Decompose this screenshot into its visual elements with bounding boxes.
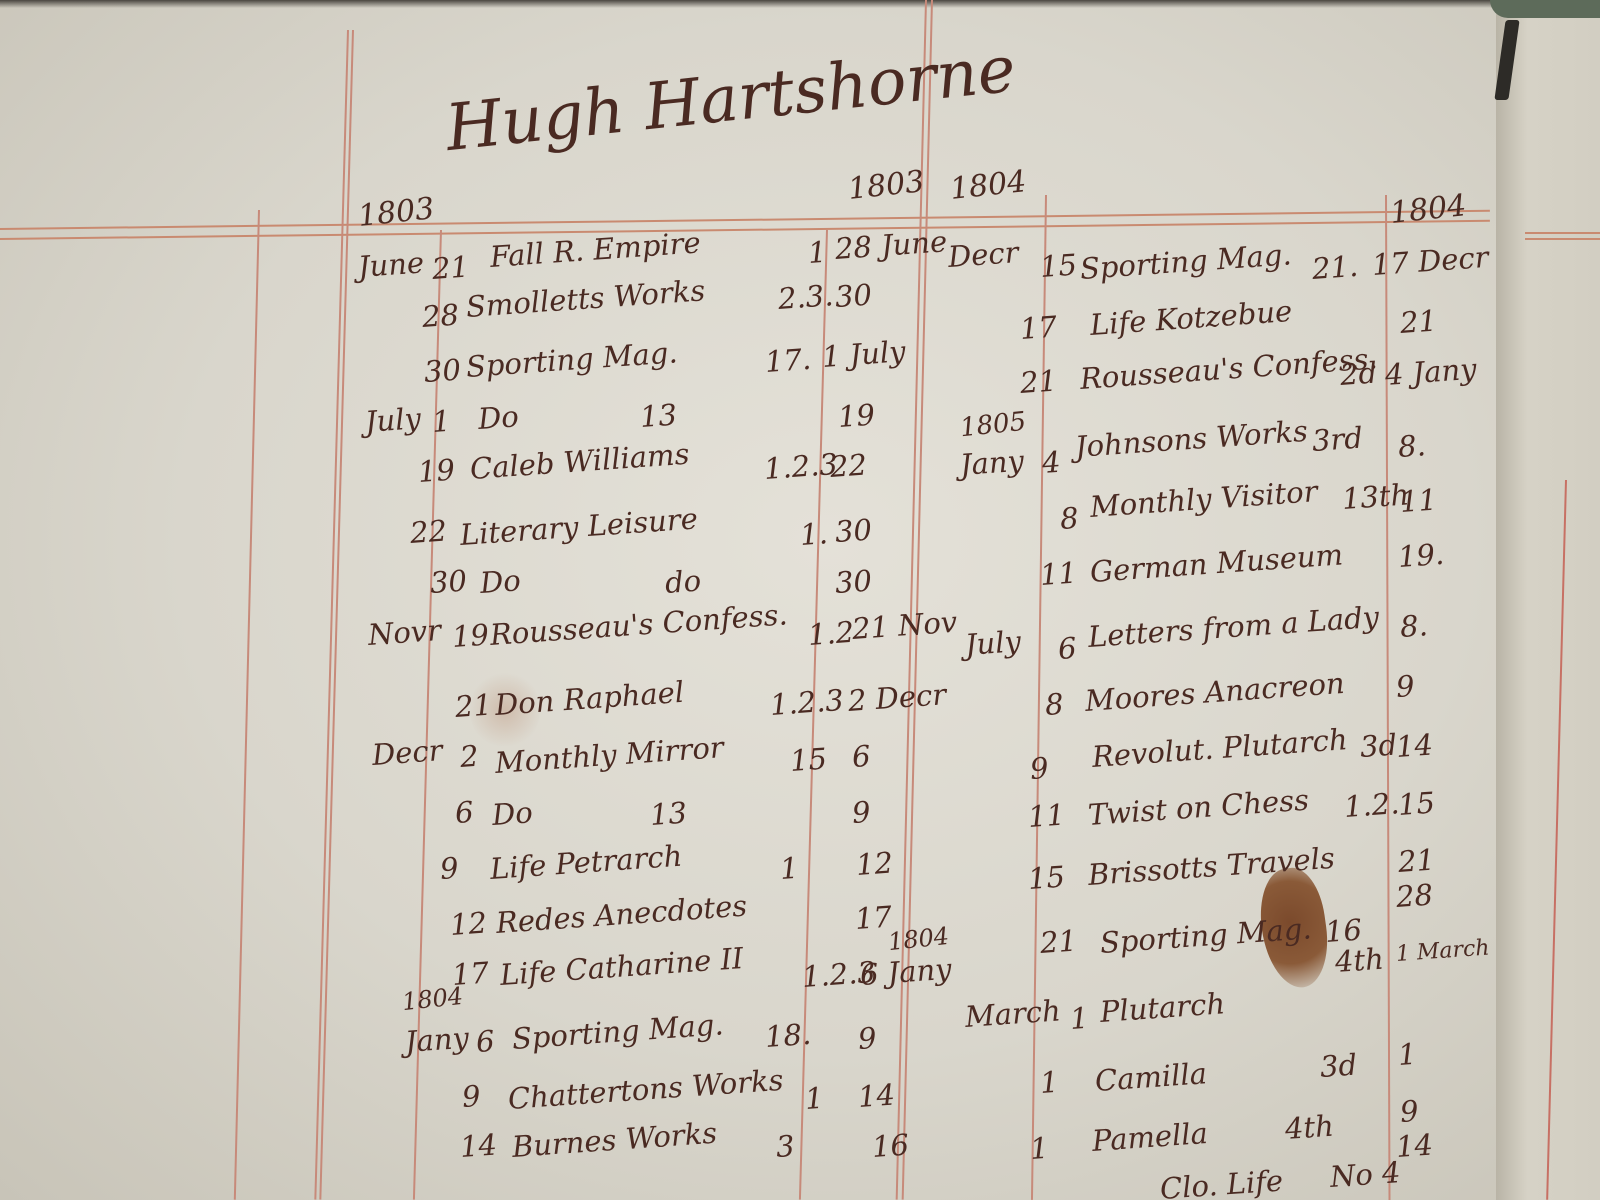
right-row-5-day: 11 xyxy=(1039,555,1078,591)
left-row-14-vols: 18. xyxy=(764,1017,812,1054)
left-row-8-returned: 2 Decr xyxy=(847,677,947,718)
left-row-11-vols: 1 xyxy=(779,851,800,886)
right-row-12-vols: 4th xyxy=(1334,942,1385,979)
right-row-15-returned: 14 xyxy=(1395,1127,1434,1163)
left-row-3-vols: 13 xyxy=(639,397,678,433)
left-row-11-day: 9 xyxy=(439,851,460,886)
left-row-14-month: Jany xyxy=(404,1021,470,1059)
right-row-14-day: 1 xyxy=(1029,1131,1050,1166)
right-row-13-day: 1 xyxy=(1039,1065,1060,1100)
left-row-14-day: 6 xyxy=(475,1024,496,1059)
left-row-10-vols: 13 xyxy=(649,795,688,831)
right-row-14-vols: 4th xyxy=(1284,1109,1335,1146)
left-row-8-day: 21 xyxy=(454,687,493,723)
left-row-7-month: Novr xyxy=(367,613,442,652)
left-row-10-returned: 9 xyxy=(851,795,872,830)
right-row-0-vols: 21. xyxy=(1311,249,1359,286)
right-row-7-returned: 9 xyxy=(1395,669,1416,704)
right-row-9-vols: 1.2. xyxy=(1343,786,1401,824)
left-row-0-vols: 1 xyxy=(807,235,828,270)
right-row-3-month: Jany xyxy=(959,444,1025,482)
right-row-3-returned: 8. xyxy=(1397,428,1427,464)
right-row-4-day: 8 xyxy=(1059,501,1080,536)
left-row-2-returned: 1 July xyxy=(821,334,907,374)
left-row-12-day: 12 xyxy=(449,905,488,941)
right-row-12-month: March xyxy=(964,993,1062,1034)
left-row-5-vols: 1. xyxy=(799,516,829,552)
left-row-15-returned: 14 xyxy=(857,1077,896,1113)
left-row-16-day: 14 xyxy=(459,1127,498,1163)
left-row-6-title: Do xyxy=(479,563,522,600)
left-row-15-day: 9 xyxy=(461,1079,482,1114)
right-row-11-day: 21 xyxy=(1039,923,1078,959)
left-row-0-day: 21 xyxy=(431,249,470,285)
left-row-0-month: June xyxy=(357,245,425,284)
right-row-6-day: 6 xyxy=(1057,631,1078,666)
left-row-4-vols: 1.2.3 xyxy=(763,447,839,486)
left-row-4-day: 19 xyxy=(417,452,456,488)
left-row-7-vols: 1.2 xyxy=(807,615,855,652)
left-row-2-vols: 17. xyxy=(764,342,812,379)
left-row-9-returned: 6 xyxy=(851,739,872,774)
facing-page-rule-2 xyxy=(1525,238,1600,240)
right-row-6-returned: 8. xyxy=(1399,608,1429,644)
right-row-12-day: 1 xyxy=(1069,1001,1090,1036)
left-row-6-day: 30 xyxy=(429,563,468,599)
left-row-10-day: 6 xyxy=(454,795,475,830)
right-row-2-day: 21 xyxy=(1019,363,1058,399)
left-row-2-day: 30 xyxy=(423,352,462,388)
right-row-8-vols: 3d xyxy=(1359,727,1398,763)
right-row-1-day: 17 xyxy=(1019,309,1058,345)
left-row-6-vols: do xyxy=(664,564,702,600)
right-row-13-vols: 3d xyxy=(1319,1047,1358,1083)
left-row-5-returned: 30 xyxy=(834,512,873,548)
right-row-14-returned: 9 xyxy=(1399,1094,1420,1129)
left-row-3-returned: 19 xyxy=(837,397,876,433)
right-row-5-returned: 19. xyxy=(1397,537,1445,574)
left-row-15-vols: 1 xyxy=(804,1081,825,1116)
right-row-0-month: Decr xyxy=(947,235,1020,274)
right-row-7-day: 8 xyxy=(1044,687,1065,722)
left-row-3-month: July xyxy=(364,401,422,439)
right-row-3-vols: 3rd xyxy=(1311,420,1364,457)
left-row-16-returned: 16 xyxy=(871,1127,910,1163)
right-row-9-day: 11 xyxy=(1027,797,1066,833)
left-row-5-day: 22 xyxy=(409,513,448,549)
left-row-3-title: Do xyxy=(477,399,520,436)
left-row-1-vols: 2.3. xyxy=(777,278,835,316)
left-row-10-title: Do xyxy=(491,795,534,832)
right-row-8-day: 9 xyxy=(1029,751,1050,786)
left-row-6-returned: 30 xyxy=(834,563,873,599)
left-row-11-returned: 12 xyxy=(855,845,894,881)
left-row-13-returned: 6 Jany xyxy=(859,952,953,992)
top-shadow xyxy=(0,0,1500,8)
left-row-1-returned: 30 xyxy=(834,277,873,313)
facing-page-edge xyxy=(1496,0,1600,1200)
left-row-1-day: 28 xyxy=(421,297,460,333)
right-row-10-returned: 21 xyxy=(1397,842,1436,878)
right-row-6-month: July xyxy=(964,624,1022,662)
right-row-8-returned: 14 xyxy=(1395,727,1434,763)
right-row-2-returned: 4 Jany xyxy=(1384,352,1478,392)
right-row-15-vols: No 4 xyxy=(1329,1155,1402,1194)
facing-page-rule xyxy=(1525,232,1600,234)
left-row-16-vols: 3 xyxy=(775,1129,796,1164)
left-row-9-month: Decr xyxy=(371,733,444,772)
left-row-14-returned: 9 xyxy=(857,1021,878,1056)
right-row-13-returned: 1 xyxy=(1397,1037,1418,1072)
left-row-3-day: 1 xyxy=(431,404,452,439)
right-row-11-returned: 28 xyxy=(1395,877,1434,913)
left-row-9-vols: 15 xyxy=(789,741,828,777)
right-row-1-returned: 21 xyxy=(1399,303,1438,339)
right-row-0-day: 15 xyxy=(1039,247,1078,283)
left-row-9-day: 2 xyxy=(459,739,480,774)
left-row-8-vols: 1.2.3 xyxy=(769,683,845,722)
right-row-9-returned: 15 xyxy=(1397,785,1436,821)
right-row-3-day: 4 xyxy=(1041,445,1062,480)
right-row-2-vols: 2d xyxy=(1339,355,1378,391)
left-row-4-returned: 22 xyxy=(829,447,868,483)
right-row-10-day: 15 xyxy=(1027,859,1066,895)
binding-cloth xyxy=(1490,0,1600,18)
left-row-7-day: 19 xyxy=(451,617,490,653)
right-row-4-returned: 11 xyxy=(1399,482,1438,518)
